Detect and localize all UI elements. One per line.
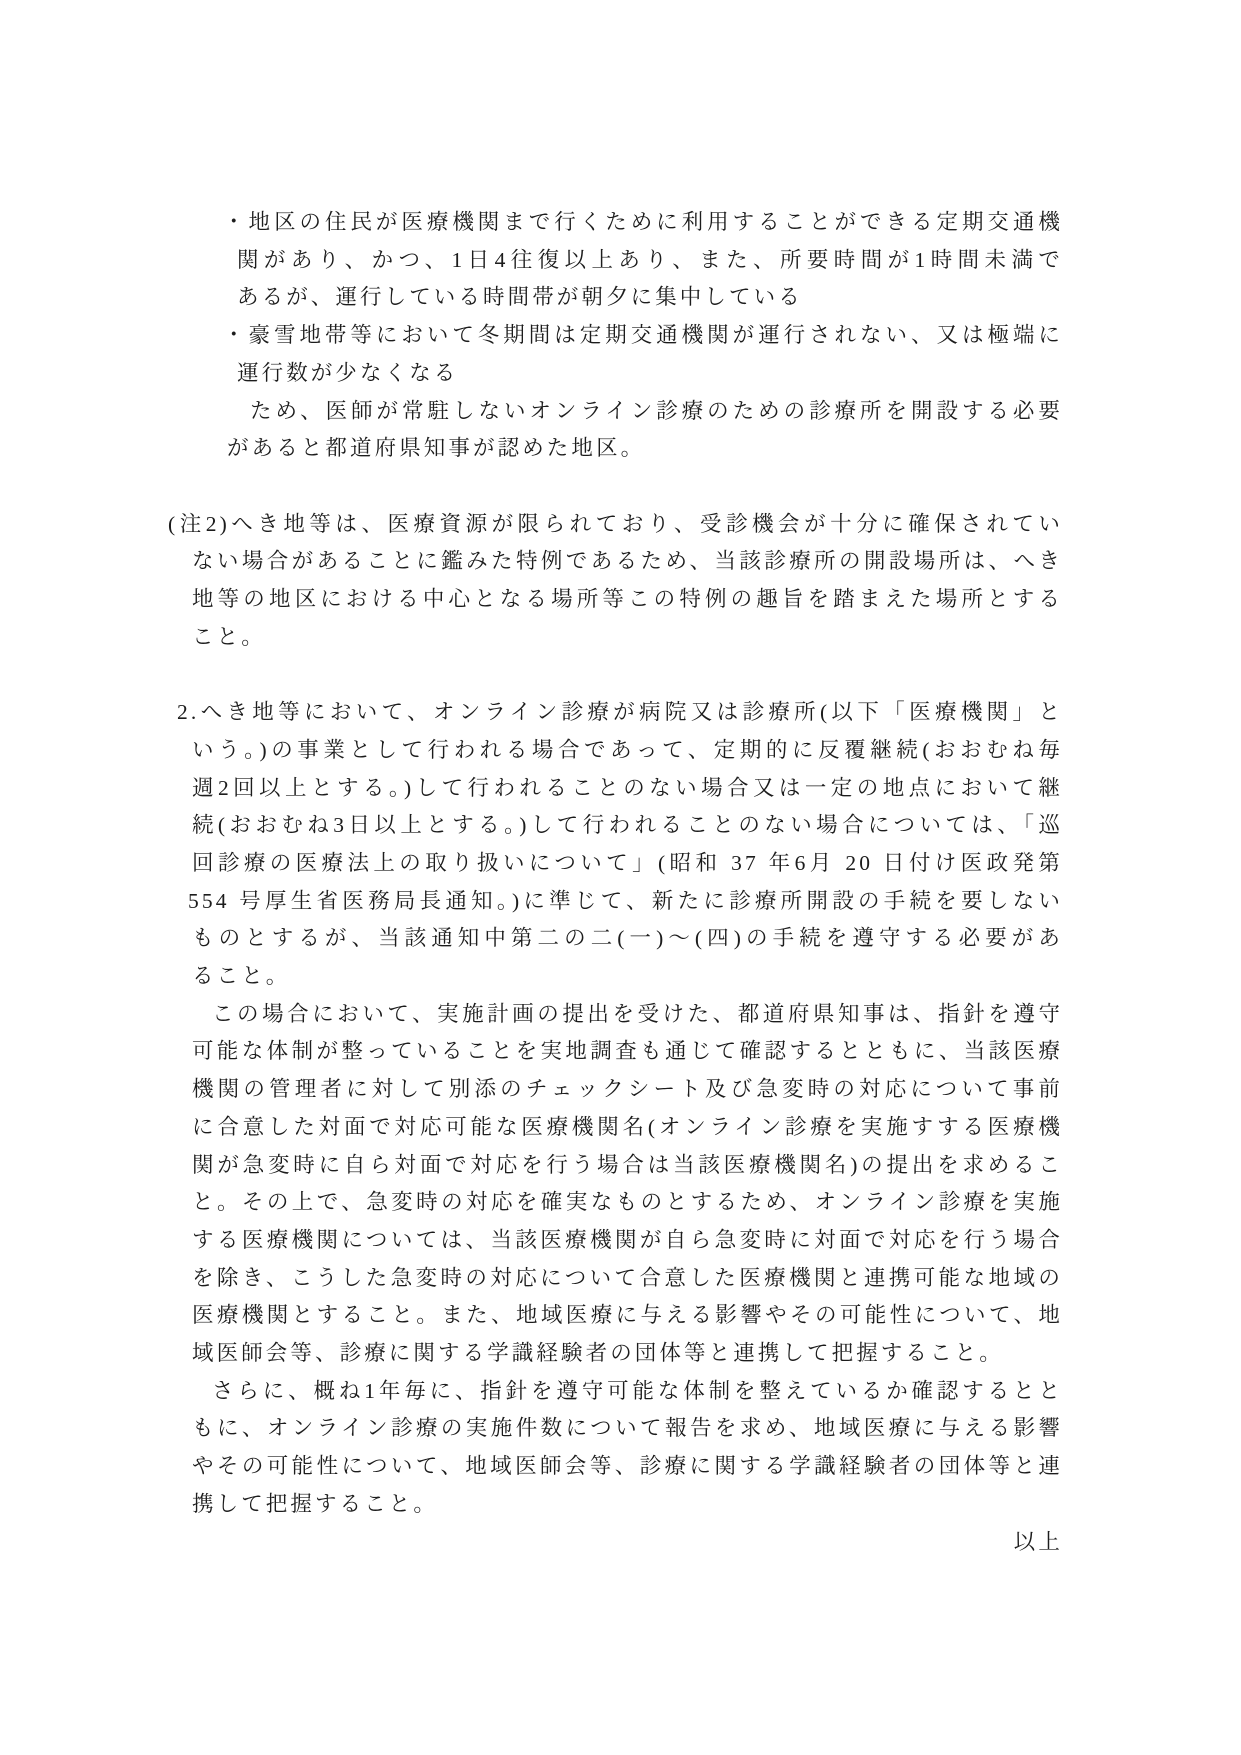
section2-line6: 554 号厚生省医務局長通知。)に準じて、新たに診療所開設の手続を要しない <box>188 883 1063 921</box>
bullet2-line1: ・豪雪地帯等において冬期間は定期交通機関が運行されない、又は極端に <box>223 317 1063 355</box>
end-mark: 以上 <box>0 1524 1063 1562</box>
section2-line3: 週2回以上とする。)して行われることのない場合又は一定の地点において継 <box>192 770 1063 808</box>
bullet1-line2: 関があり、かつ、1日4往復以上あり、また、所要時間が1時間未満で <box>237 242 1063 280</box>
section2-line7: ものとするが、当該通知中第二の二(一)〜(四)の手続を遵守する必要があ <box>192 920 1063 958</box>
section2-line20: もに、オンライン診療の実施件数について報告を求め、地域医療に与える影響 <box>192 1410 1063 1448</box>
section2-line5: 回診療の医療法上の取り扱いについて」(昭和 37 年6月 20 日付け医政発第 <box>192 845 1063 883</box>
section2-line16: を除き、こうした急変時の対応について合意した医療機関と連携可能な地域の <box>192 1260 1063 1298</box>
section2-line11: 機関の管理者に対して別添のチェックシート及び急変時の対応について事前 <box>192 1071 1063 1109</box>
section2-line1: 2.へき地等において、オンライン診療が病院又は診療所(以下「医療機関」と <box>177 694 1063 732</box>
section2-line10: 可能な体制が整っていることを実地調査も通じて確認するとともに、当該医療 <box>192 1033 1063 1071</box>
section2-line19: さらに、概ね1年毎に、指針を遵守可能な体制を整えているか確認するとと <box>212 1373 1063 1411</box>
section2-line12: に合意した対面で対応可能な医療機関名(オンライン診療を実施すする医療機 <box>192 1109 1063 1147</box>
section2-line22: 携して把握すること。 <box>192 1486 1063 1524</box>
section2-line2: いう。)の事業として行われる場合であって、定期的に反覆継続(おおむね毎 <box>192 732 1063 770</box>
note2-line3: 地等の地区における中心となる場所等この特例の趣旨を踏まえた場所とする <box>192 581 1063 619</box>
section2-line4: 続(おおむね3日以上とする。)して行われることのない場合については、「巡 <box>192 807 1063 845</box>
note2-line2: ない場合があることに鑑みた特例であるため、当該診療所の開設場所は、へき <box>192 543 1063 581</box>
section2-line13: 関が急変時に自ら対面で対応を行う場合は当該医療機関名)の提出を求めるこ <box>192 1147 1063 1185</box>
bullet1-line3: あるが、運行している時間帯が朝夕に集中している <box>237 279 1063 317</box>
document-page: ・地区の住民が医療機関まで行くために利用することができる定期交通機 関があり、か… <box>0 0 1241 1755</box>
section2-line18: 域医師会等、診療に関する学識経験者の団体等と連携して把握すること。 <box>192 1335 1063 1373</box>
bullet-wrapup-line1: ため、医師が常駐しないオンライン診療のための診療所を開設する必要 <box>250 393 1063 431</box>
bullet1-line1: ・地区の住民が医療機関まで行くために利用することができる定期交通機 <box>223 204 1063 242</box>
section2-line8: ること。 <box>192 958 1063 996</box>
section2-line9: この場合において、実施計画の提出を受けた、都道府県知事は、指針を遵守 <box>212 996 1063 1034</box>
section2-line21: やその可能性について、地域医師会等、診療に関する学識経験者の団体等と連 <box>192 1448 1063 1486</box>
note2-line1: (注2)へき地等は、医療資源が限られており、受診機会が十分に確保されてい <box>168 506 1063 544</box>
document-text-column: ・地区の住民が医療機関まで行くために利用することができる定期交通機 関があり、か… <box>0 204 1063 1561</box>
bullet-wrapup-line2: があると都道府県知事が認めた地区。 <box>227 430 1063 468</box>
bullet2-line2: 運行数が少なくなる <box>237 355 1063 393</box>
note2-line4: こと。 <box>192 619 1063 657</box>
section2-line15: する医療機関については、当該医療機関が自ら急変時に対面で対応を行う場合 <box>192 1222 1063 1260</box>
section2-line14: と。その上で、急変時の対応を確実なものとするため、オンライン診療を実施 <box>192 1184 1063 1222</box>
section2-line17: 医療機関とすること。また、地域医療に与える影響やその可能性について、地 <box>192 1297 1063 1335</box>
